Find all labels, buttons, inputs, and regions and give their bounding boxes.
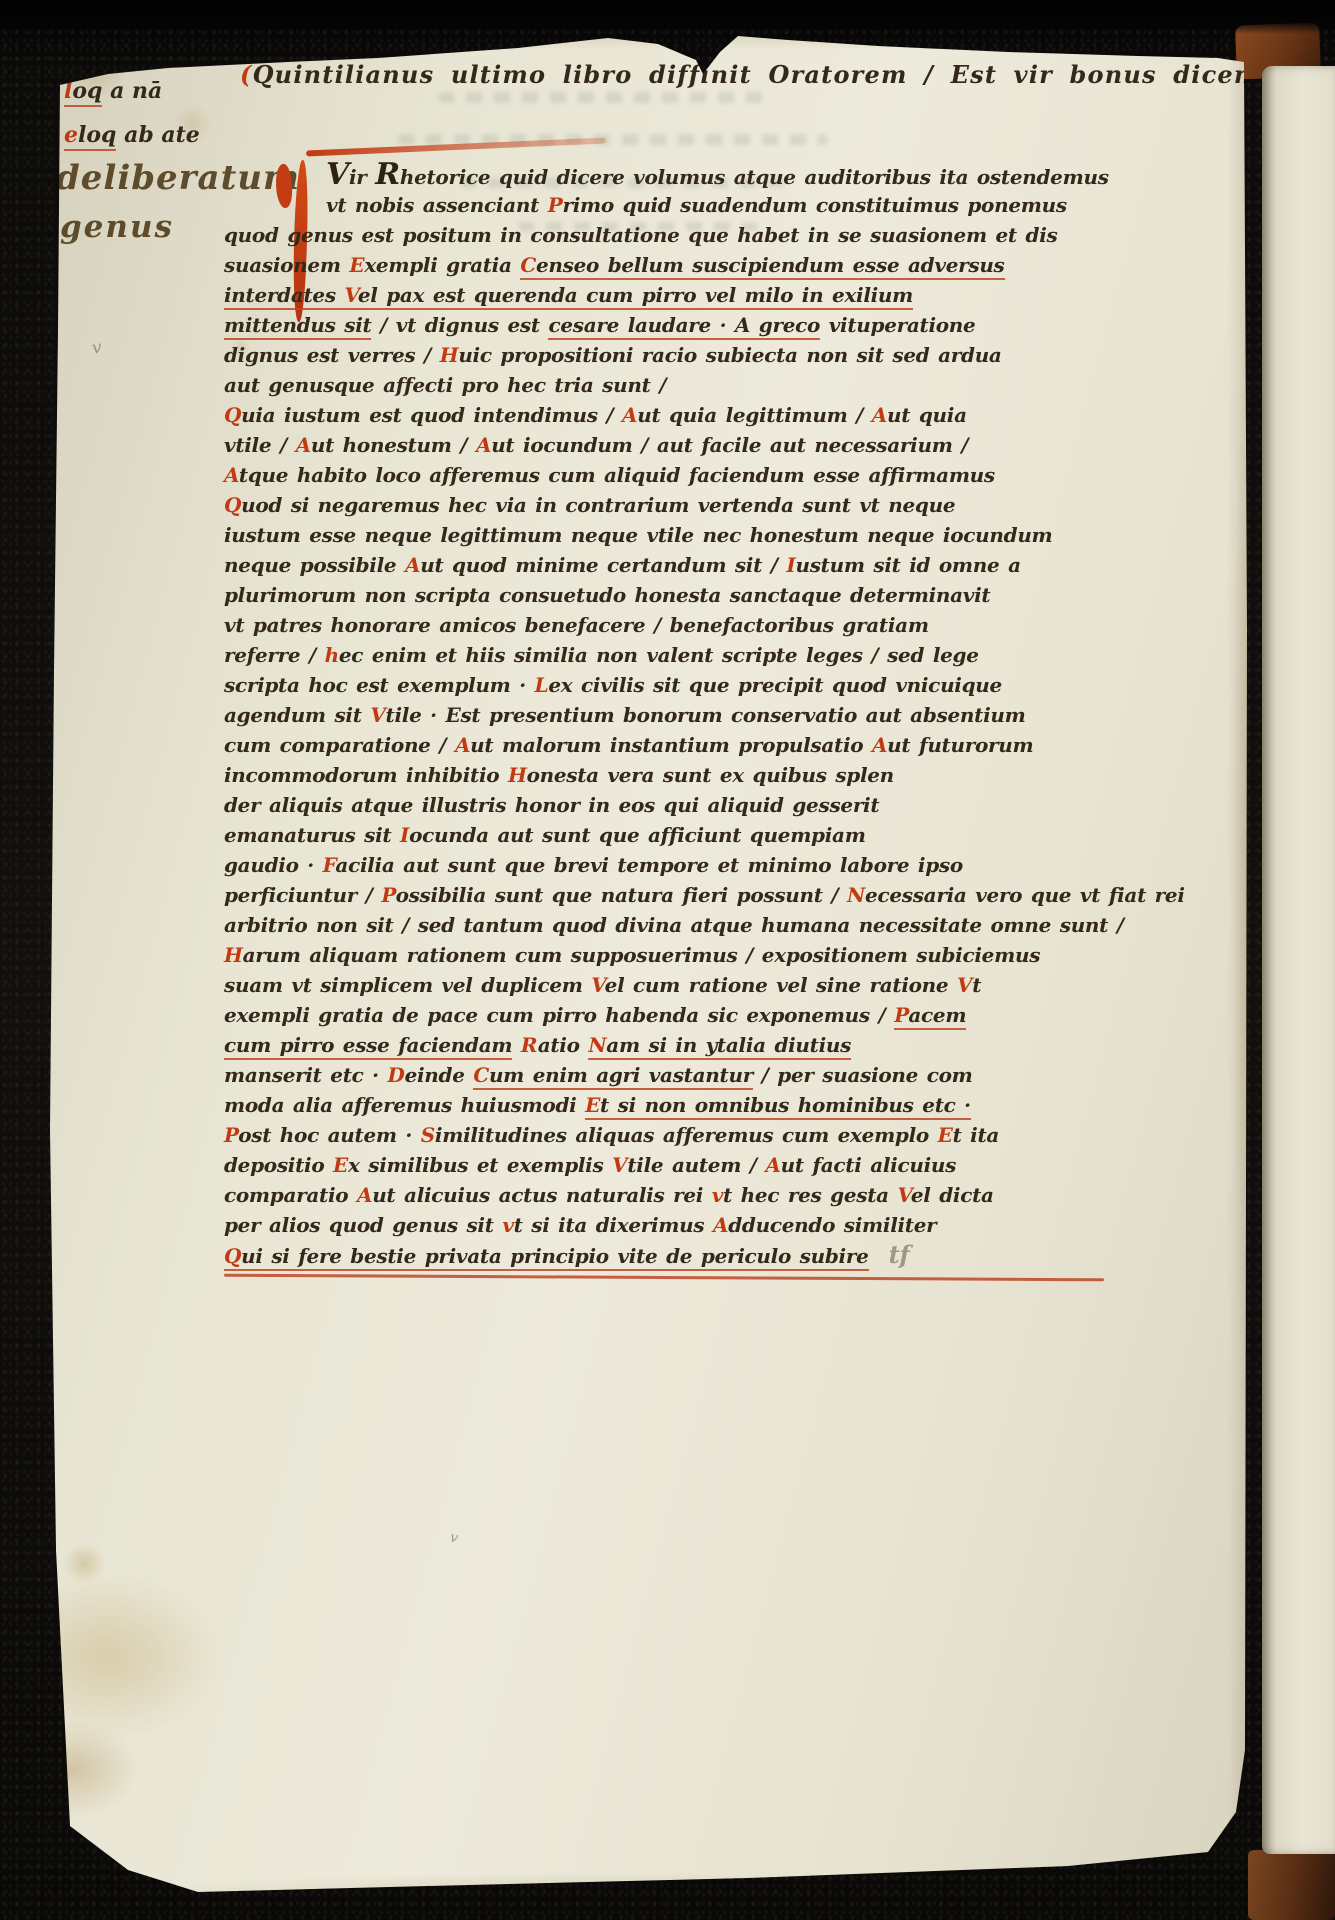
text-line: emanaturus sit Iocunda aut sunt que affi… (224, 820, 944, 850)
text-segment: ut futurorum (887, 733, 1033, 757)
text-segment: scripta hoc est exemplum · (224, 673, 535, 697)
text-segment: vituperatione (820, 313, 975, 337)
text-line: Quia iustum est quod intendimus / Aut qu… (224, 400, 944, 430)
text-segment: imilitudines aliquas afferemus cum exemp… (435, 1123, 938, 1147)
text-segment: ut facti alicuius (781, 1153, 956, 1177)
text-segment: loq (78, 122, 116, 151)
text-line: suam vt simplicem vel duplicem Vel cum r… (224, 970, 944, 1000)
text-line: aut genusque affecti pro hec tria sunt / (224, 370, 944, 400)
text-segment: quod genus est positum in consultatione … (224, 223, 1057, 247)
text-segment: el pax est querenda cum pirro vel milo i… (358, 283, 913, 310)
text-segment: ex civilis sit que precipit quod vnicuiq… (548, 673, 1002, 697)
text-segment: ocunda aut sunt que afficiunt quempiam (409, 823, 866, 847)
text-segment: V (897, 1183, 910, 1207)
text-segment: moda alia afferemus huiusmodi (224, 1093, 585, 1117)
text-segment: xempli gratia (364, 253, 520, 277)
text-segment: A (713, 1213, 728, 1237)
text-line: scripta hoc est exemplum · Lex civilis s… (224, 670, 944, 700)
binding-leather-bottom (1248, 1850, 1335, 1920)
text-segment: ustum sit id omne a (795, 553, 1020, 577)
text-segment: suasionem (224, 253, 349, 277)
text-segment: C (473, 1063, 489, 1090)
text-segment: t hec res gesta (723, 1183, 897, 1207)
text-line: suasionem Exempli gratia Censeo bellum s… (224, 250, 944, 280)
text-segment: A (872, 403, 887, 427)
text-segment: ossibilia sunt que natura fieri possunt … (396, 883, 847, 907)
text-segment: v (712, 1183, 723, 1207)
text-segment: agendum sit (224, 703, 370, 727)
text-segment: V (344, 283, 357, 310)
text-segment: vtile / (224, 433, 296, 457)
text-line: quod genus est positum in consultatione … (224, 220, 944, 250)
text-segment: plurimorum non scripta consuetudo honest… (224, 583, 990, 607)
text-segment: A (296, 433, 311, 457)
text-line: neque possibile Aut quod minime certandu… (224, 550, 944, 580)
text-segment: am si in ytalia diutius (606, 1033, 851, 1060)
text-segment: ab ate (116, 122, 199, 148)
text-segment: ui si fere bestie privata principio vite… (241, 1244, 868, 1271)
text-segment: v (502, 1213, 513, 1237)
manuscript-page: (Quintilianus ultimo libro diffinit Orat… (48, 30, 1253, 1900)
text-segment: exempli gratia de pace cum pirro habenda… (224, 1003, 894, 1027)
text-segment: E (938, 1123, 953, 1147)
text-segment: arum aliquam rationem cum supposuerimus … (243, 943, 1041, 967)
text-segment: R (375, 157, 400, 192)
text-segment: H (508, 763, 527, 787)
text-segment: tile · Est presentium bonorum conservati… (386, 703, 1026, 727)
text-segment: h (325, 643, 339, 667)
text-segment: E (333, 1153, 348, 1177)
text-segment (512, 1033, 521, 1057)
text-segment: depositio (224, 1153, 333, 1177)
text-segment: uia iustum est quod intendimus / (241, 403, 622, 427)
text-segment: iustum esse neque legittimum neque vtile… (224, 523, 1052, 547)
text-segment: enseo bellum suscipiendum esse adversus (536, 253, 1005, 280)
text-segment: A (224, 463, 239, 487)
text-line: Harum aliquam rationem cum supposuerimus… (224, 940, 944, 970)
text-line: depositio Ex similibus et exemplis Vtile… (224, 1150, 944, 1180)
text-segment: V (591, 973, 604, 997)
text-segment: hetorice quid dicere volumus atque audit… (400, 165, 1109, 189)
text-segment: t si ita dixerimus (514, 1213, 713, 1237)
text-segment: cum pirro esse faciendam (224, 1033, 512, 1060)
text-segment: t si non omnibus hominibus etc · (600, 1093, 971, 1120)
text-segment: t ita (953, 1123, 1000, 1147)
text-segment: vt patres honorare amicos benefacere / b… (224, 613, 929, 637)
text-segment: A (765, 1153, 780, 1177)
text-line: cum comparatione / Aut malorum instantiu… (224, 730, 944, 760)
text-segment: atio (538, 1033, 589, 1057)
text-segment: tque habito loco afferemus cum aliquid f… (239, 463, 995, 487)
text-segment: ut quod minime certandum sit / (420, 553, 786, 577)
text-line: comparatio Aut alicuius actus naturalis … (224, 1180, 944, 1210)
text-segment: Q (224, 493, 241, 517)
text-line: Post hoc autem · Similitudines aliquas a… (224, 1120, 944, 1150)
text-segment: ec enim et hiis similia non valent scrip… (339, 643, 979, 667)
text-segment: A (455, 733, 470, 757)
text-segment: ut quia (887, 403, 967, 427)
text-segment: perficiuntur / (224, 883, 381, 907)
text-line: mittendus sit / vt dignus est cesare lau… (224, 310, 944, 340)
text-line: perficiuntur / Possibilia sunt que natur… (224, 880, 944, 910)
text-line: per alios quod genus sit vt si ita dixer… (224, 1210, 944, 1240)
text-segment: dducendo similiter (728, 1213, 936, 1237)
text-line: Quod si negaremus hec via in contrarium … (224, 490, 944, 520)
text-line: Vir Rhetorice quid dicere volumus atque … (224, 160, 944, 190)
text-segment: P (894, 1003, 908, 1030)
text-line: agendum sit Vtile · Est presentium bonor… (224, 700, 944, 730)
text-line: plurimorum non scripta consuetudo honest… (224, 580, 944, 610)
text-segment: Quintilianus ultimo libro diffinit Orato… (253, 60, 1298, 89)
text-segment: acem (908, 1003, 966, 1030)
text-segment: P (381, 883, 395, 907)
text-line: der aliquis atque illustris honor in eos… (224, 790, 944, 820)
text-segment: mittendus sit (224, 313, 371, 340)
text-segment: V (612, 1153, 627, 1177)
text-segment: A (405, 553, 420, 577)
text-segment: ecessaria vero que vt fiat rei (865, 883, 1185, 907)
text-segment: ut alicuius actus naturalis rei (372, 1183, 712, 1207)
text-segment: acilia aut sunt que brevi tempore et min… (335, 853, 963, 877)
margin-note-bottom: eloq ab ate (64, 122, 200, 148)
text-segment: A (622, 403, 637, 427)
text-segment: P (224, 1123, 238, 1147)
text-line: gaudio · Facilia aut sunt que brevi temp… (224, 850, 944, 880)
running-header: (Quintilianus ultimo libro diffinit Orat… (240, 60, 1335, 90)
text-segment: Q (224, 403, 241, 427)
main-text-block: Vir Rhetorice quid dicere volumus atque … (224, 160, 944, 1270)
text-segment: oq (72, 78, 102, 107)
text-segment: per alios quod genus sit (224, 1213, 502, 1237)
text-line: arbitrio non sit / sed tantum quod divin… (224, 910, 944, 940)
text-segment: ut honestum / (311, 433, 476, 457)
pencil-mark-bottom: v (448, 1529, 459, 1546)
text-segment: uic propositioni racio subiecta non sit … (458, 343, 1001, 367)
margin-note-top: loq a nā (64, 78, 162, 104)
text-segment: ut quia legittimum / (637, 403, 872, 427)
text-line: vt patres honorare amicos benefacere / b… (224, 610, 944, 640)
text-segment: manserit etc · (224, 1063, 388, 1087)
text-segment: suam vt simplicem vel duplicem (224, 973, 591, 997)
text-segment: V (957, 973, 972, 997)
text-segment: ( (240, 60, 253, 89)
text-segment: ut malorum instantium propulsatio (470, 733, 872, 757)
text-segment: aut genusque affecti pro hec tria sunt / (224, 373, 666, 397)
text-segment: el dicta (911, 1183, 994, 1207)
text-segment: interdates (224, 283, 344, 310)
text-segment: V (326, 157, 349, 192)
text-segment: incommodorum inhibitio (224, 763, 508, 787)
text-segment: el cum ratione vel sine ratione (605, 973, 957, 997)
text-line: vtile / Aut honestum / Aut iocundum / au… (224, 430, 944, 460)
text-segment: arbitrio non sit / sed tantum quod divin… (224, 913, 1124, 937)
text-segment: e (64, 122, 78, 151)
text-segment: vt nobis assenciant (326, 193, 548, 217)
text-segment: onesta vera sunt ex quibus splen (527, 763, 894, 787)
text-segment: comparatio (224, 1183, 357, 1207)
text-segment: um enim agri vastantur (489, 1063, 753, 1090)
pencil-mark-margin: v (91, 337, 103, 358)
text-segment: H (440, 343, 459, 367)
text-segment: N (847, 883, 865, 907)
text-segment: F (323, 853, 336, 877)
text-segment: A (476, 433, 491, 457)
show-through-line (438, 92, 768, 103)
next-leaf-fore-edge (1262, 66, 1335, 1854)
text-line: iustum esse neque legittimum neque vtile… (224, 520, 944, 550)
text-segment: ut iocundum / aut facile aut necessarium… (491, 433, 968, 457)
text-line: vt nobis assenciant Primo quid suadendum… (224, 190, 944, 220)
text-line: exempli gratia de pace cum pirro habenda… (224, 1000, 944, 1030)
text-segment: L (535, 673, 549, 697)
text-segment: ir (349, 165, 375, 189)
text-segment: A (357, 1183, 372, 1207)
text-segment: V (370, 703, 385, 727)
text-segment: der aliquis atque illustris honor in eos… (224, 793, 879, 817)
text-segment: referre / (224, 643, 325, 667)
text-segment: C (520, 253, 536, 280)
text-segment: N (588, 1033, 606, 1060)
page-right-toning (1227, 30, 1253, 1900)
text-segment: H (224, 943, 243, 967)
text-segment: A (872, 733, 887, 757)
text-segment: E (585, 1093, 600, 1120)
text-segment: einde (405, 1063, 474, 1087)
text-line: cum pirro esse faciendam Ratio Nam si in… (224, 1030, 944, 1060)
text-segment: t (972, 973, 981, 997)
text-segment: / vt dignus est (371, 313, 548, 337)
text-segment: gaudio · (224, 853, 323, 877)
text-segment: dignus est verres / (224, 343, 440, 367)
text-segment: cum comparatione / (224, 733, 455, 757)
text-segment: uod si negaremus hec via in contrarium v… (241, 493, 955, 517)
text-segment: cesare laudare · A greco (548, 313, 820, 340)
text-line: dignus est verres / Huic propositioni ra… (224, 340, 944, 370)
text-segment: tile autem / (627, 1153, 765, 1177)
text-line: incommodorum inhibitio Honesta vera sunt… (224, 760, 944, 790)
text-segment: D (388, 1063, 405, 1087)
text-segment: emanaturus sit (224, 823, 400, 847)
text-segment: P (548, 193, 563, 217)
text-segment: rimo quid suadendum constituimus ponemus (562, 193, 1066, 217)
photo-top-shadow (0, 0, 1335, 34)
text-line: Qui si fere bestie privata principio vit… (224, 1240, 944, 1270)
text-segment: I (400, 823, 409, 847)
text-segment: tf (869, 1240, 910, 1269)
text-segment: ost hoc autem · (238, 1123, 421, 1147)
text-line: interdates Vel pax est querenda cum pirr… (224, 280, 944, 310)
rubric-final-underline (224, 1274, 1104, 1282)
text-segment: Q (224, 1244, 241, 1271)
text-line: Atque habito loco afferemus cum aliquid … (224, 460, 944, 490)
text-line: manserit etc · Deinde Cum enim agri vast… (224, 1060, 944, 1090)
text-segment: x similibus et exemplis (348, 1153, 612, 1177)
text-segment: R (521, 1033, 538, 1057)
manuscript-photo: (Quintilianus ultimo libro diffinit Orat… (0, 0, 1335, 1920)
text-segment: / per suasione com (753, 1063, 973, 1087)
text-segment: S (421, 1123, 435, 1147)
text-segment: E (349, 253, 364, 277)
text-segment: neque possibile (224, 553, 405, 577)
text-line: moda alia afferemus huiusmodi Et si non … (224, 1090, 944, 1120)
text-segment: a nā (102, 78, 162, 104)
margin-label-genus: genus (60, 210, 174, 244)
text-line: referre / hec enim et hiis similia non v… (224, 640, 944, 670)
